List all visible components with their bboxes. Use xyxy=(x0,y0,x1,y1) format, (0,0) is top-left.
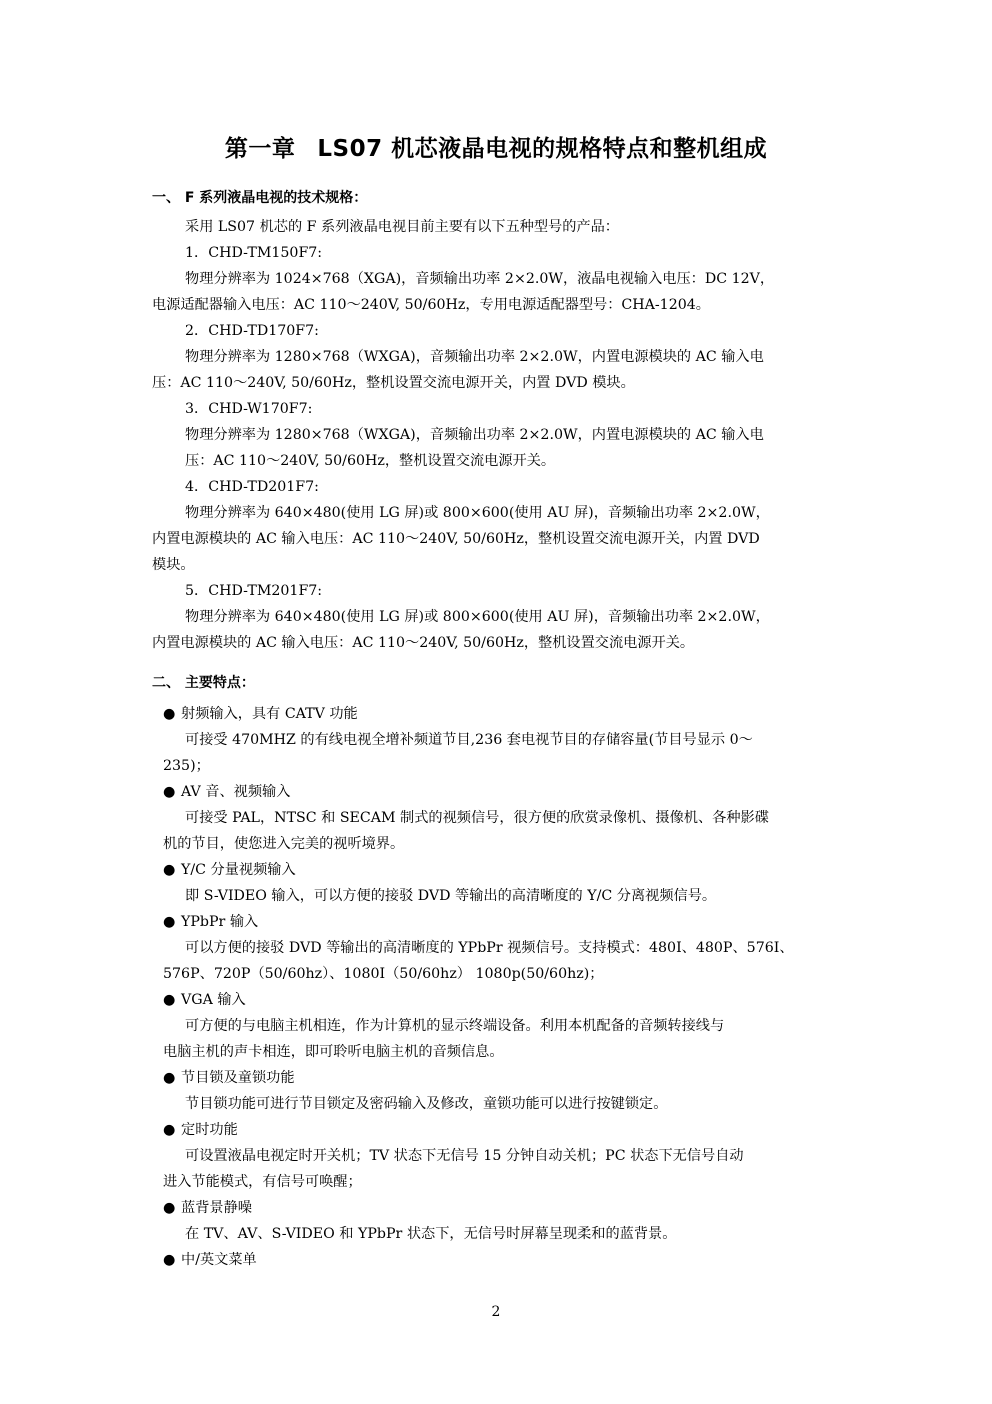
feature-desc-line: 即 S-VIDEO 输入，可以方便的接驳 DVD 等输出的高清晰度的 Y/C 分… xyxy=(185,886,716,906)
feature-title: ●中/英文菜单 xyxy=(163,1250,257,1270)
chapter-title: 第一章LS07 机芯液晶电视的规格特点和整机组成 xyxy=(0,130,992,163)
section-heading-features: 二、 主要特点： xyxy=(152,673,255,693)
feature-title: ●VGA 输入 xyxy=(163,990,246,1010)
model-spec-line: 内置电源模块的 AC 输入电压：AC 110～240V, 50/60Hz，整机设… xyxy=(152,529,760,549)
bullet-icon: ● xyxy=(163,1120,181,1140)
section-intro: 采用 LS07 机芯的 F 系列液晶电视目前主要有以下五种型号的产品： xyxy=(185,217,619,237)
bullet-icon: ● xyxy=(163,704,181,724)
feature-title: ●蓝背景静噪 xyxy=(163,1198,252,1218)
feature-desc-line: 电脑主机的声卡相连，即可聆听电脑主机的音频信息。 xyxy=(163,1042,504,1062)
model-spec-line: 压：AC 110～240V, 50/60Hz，整机设置交流电源开关。 xyxy=(185,451,555,471)
model-spec-line: 模块。 xyxy=(152,555,195,575)
bullet-icon: ● xyxy=(163,1198,181,1218)
section-heading-specs: 一、 F 系列液晶电视的技术规格： xyxy=(152,188,367,208)
bullet-icon: ● xyxy=(163,1250,181,1270)
model-label: 1．CHD-TM150F7: xyxy=(185,243,322,263)
feature-desc-line: 可设置液晶电视定时开关机；TV 状态下无信号 15 分钟自动关机；PC 状态下无… xyxy=(185,1146,744,1166)
chapter-title-text: LS07 机芯液晶电视的规格特点和整机组成 xyxy=(317,136,767,162)
feature-desc-line: 可接受 470MHZ 的有线电视全增补频道节目,236 套电视节目的存储容量(节… xyxy=(185,730,753,750)
chapter-number: 第一章 xyxy=(225,136,296,162)
bullet-icon: ● xyxy=(163,1068,181,1088)
feature-desc-line: 235)； xyxy=(163,756,210,776)
model-label: 3．CHD-W170F7: xyxy=(185,399,312,419)
bullet-icon: ● xyxy=(163,990,181,1010)
feature-title: ●AV 音、视频输入 xyxy=(163,782,290,802)
feature-desc-line: 576P、720P（50/60hz）、1080I（50/60hz） 1080p(… xyxy=(163,964,603,984)
model-spec-line: 物理分辨率为 1024×768（XGA)，音频输出功率 2×2.0W，液晶电视输… xyxy=(185,269,774,289)
bullet-icon: ● xyxy=(163,860,181,880)
model-spec-line: 压：AC 110～240V, 50/60Hz，整机设置交流电源开关，内置 DVD… xyxy=(152,373,635,393)
model-label: 2．CHD-TD170F7: xyxy=(185,321,319,341)
feature-desc-line: 可接受 PAL，NTSC 和 SECAM 制式的视频信号，很方便的欣赏录像机、摄… xyxy=(185,808,769,828)
model-spec-line: 电源适配器输入电压：AC 110～240V, 50/60Hz，专用电源适配器型号… xyxy=(152,295,710,315)
feature-title: ●YPbPr 输入 xyxy=(163,912,258,932)
bullet-icon: ● xyxy=(163,782,181,802)
page-number: 2 xyxy=(0,1304,992,1320)
feature-desc-line: 在 TV、AV、S-VIDEO 和 YPbPr 状态下，无信号时屏幕呈现柔和的蓝… xyxy=(185,1224,676,1244)
feature-desc-line: 机的节目，使您进入完美的视听境界。 xyxy=(163,834,404,854)
feature-desc-line: 节目锁功能可进行节目锁定及密码输入及修改，童锁功能可以进行按键锁定。 xyxy=(185,1094,667,1114)
feature-title: ●定时功能 xyxy=(163,1120,238,1140)
document-page: 第一章LS07 机芯液晶电视的规格特点和整机组成 一、 F 系列液晶电视的技术规… xyxy=(0,0,992,1404)
model-spec-line: 物理分辨率为 1280×768（WXGA)，音频输出功率 2×2.0W，内置电源… xyxy=(185,425,764,445)
feature-title: ●Y/C 分量视频输入 xyxy=(163,860,296,880)
model-label: 4．CHD-TD201F7: xyxy=(185,477,319,497)
feature-desc-line: 进入节能模式，有信号可唤醒； xyxy=(163,1172,362,1192)
feature-desc-line: 可以方便的接驳 DVD 等输出的高清晰度的 YPbPr 视频信号。支持模式：48… xyxy=(185,938,794,958)
feature-title: ●射频输入，具有 CATV 功能 xyxy=(163,704,358,724)
model-label: 5．CHD-TM201F7: xyxy=(185,581,322,601)
model-spec-line: 物理分辨率为 1280×768（WXGA)，音频输出功率 2×2.0W，内置电源… xyxy=(185,347,764,367)
model-spec-line: 物理分辨率为 640×480(使用 LG 屏)或 800×600(使用 AU 屏… xyxy=(185,503,770,523)
model-spec-line: 物理分辨率为 640×480(使用 LG 屏)或 800×600(使用 AU 屏… xyxy=(185,607,770,627)
model-spec-line: 内置电源模块的 AC 输入电压：AC 110～240V, 50/60Hz，整机设… xyxy=(152,633,694,653)
feature-title: ●节目锁及童锁功能 xyxy=(163,1068,295,1088)
bullet-icon: ● xyxy=(163,912,181,932)
feature-desc-line: 可方便的与电脑主机相连，作为计算机的显示终端设备。利用本机配备的音频转接线与 xyxy=(185,1016,724,1036)
